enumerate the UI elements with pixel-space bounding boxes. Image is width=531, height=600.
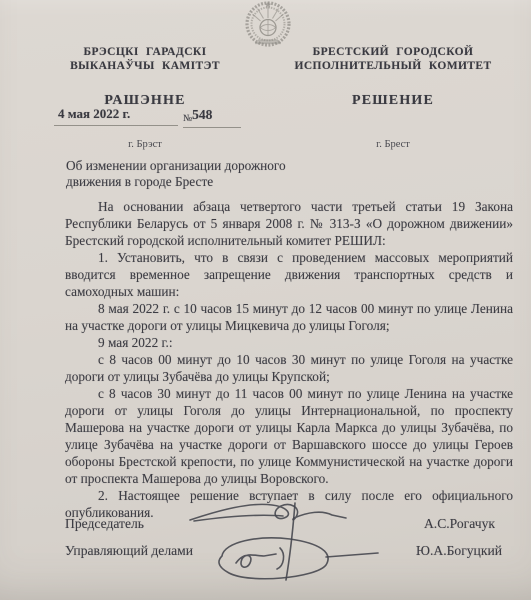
- signature-title: Председатель: [65, 516, 144, 532]
- date-field: 4 мая 2022 г.: [54, 106, 178, 126]
- subject-title: Об изменении организации дорожного движе…: [66, 158, 314, 190]
- body-paragraph: с 8 часов 00 минут до 10 часов 30 минут …: [65, 351, 513, 385]
- number-value: 548: [192, 107, 212, 122]
- signature-name: Ю.А.Богуцкий: [416, 543, 502, 559]
- body-paragraph: с 8 часов 30 минут до 11 часов 00 минут …: [65, 385, 513, 487]
- body-paragraph: 9 мая 2022 г.:: [65, 334, 513, 351]
- handwritten-signatures-icon: [150, 494, 410, 594]
- date-value: 4 мая 2022 г.: [58, 106, 130, 121]
- body-paragraph: На основании абзаца четвертого части тре…: [65, 198, 513, 249]
- number-field: №548: [183, 106, 241, 128]
- belarus-coat-of-arms-icon: [242, 0, 294, 49]
- number-sign: №: [183, 114, 192, 124]
- org-name-russian-line1: БРЕСТСКИЙ ГОРОДСКОЙ: [284, 45, 502, 59]
- signature-name: А.С.Рогачук: [424, 516, 495, 532]
- org-name-belarusian-line2: ВЫКАНАЎЧЫ КАМІТЭТ: [38, 59, 252, 73]
- body-paragraph: 1. Установить, что в связи с проведением…: [65, 249, 513, 300]
- body-paragraph: 8 мая 2022 г. с 10 часов 15 минут до 12 …: [65, 300, 513, 334]
- org-name-russian: БРЕСТСКИЙ ГОРОДСКОЙ ИСПОЛНИТЕЛЬНЫЙ КОМИТ…: [284, 45, 502, 73]
- org-name-belarusian: БРЭСЦКІ ГАРАДСКІ ВЫКАНАЎЧЫ КАМІТЭТ: [38, 45, 252, 73]
- city-russian: г. Брест: [284, 139, 502, 150]
- document-page: БРЭСЦКІ ГАРАДСКІ ВЫКАНАЎЧЫ КАМІТЭТ БРЕСТ…: [0, 0, 531, 600]
- document-body: На основании абзаца четвертого части тре…: [65, 198, 513, 521]
- doc-type-russian: РЕШЕНИЕ: [284, 93, 502, 109]
- city-belarusian: г. Брэст: [38, 139, 252, 150]
- org-name-belarusian-line1: БРЭСЦКІ ГАРАДСКІ: [38, 45, 252, 59]
- org-name-russian-line2: ИСПОЛНИТЕЛЬНЫЙ КОМИТЕТ: [284, 59, 502, 73]
